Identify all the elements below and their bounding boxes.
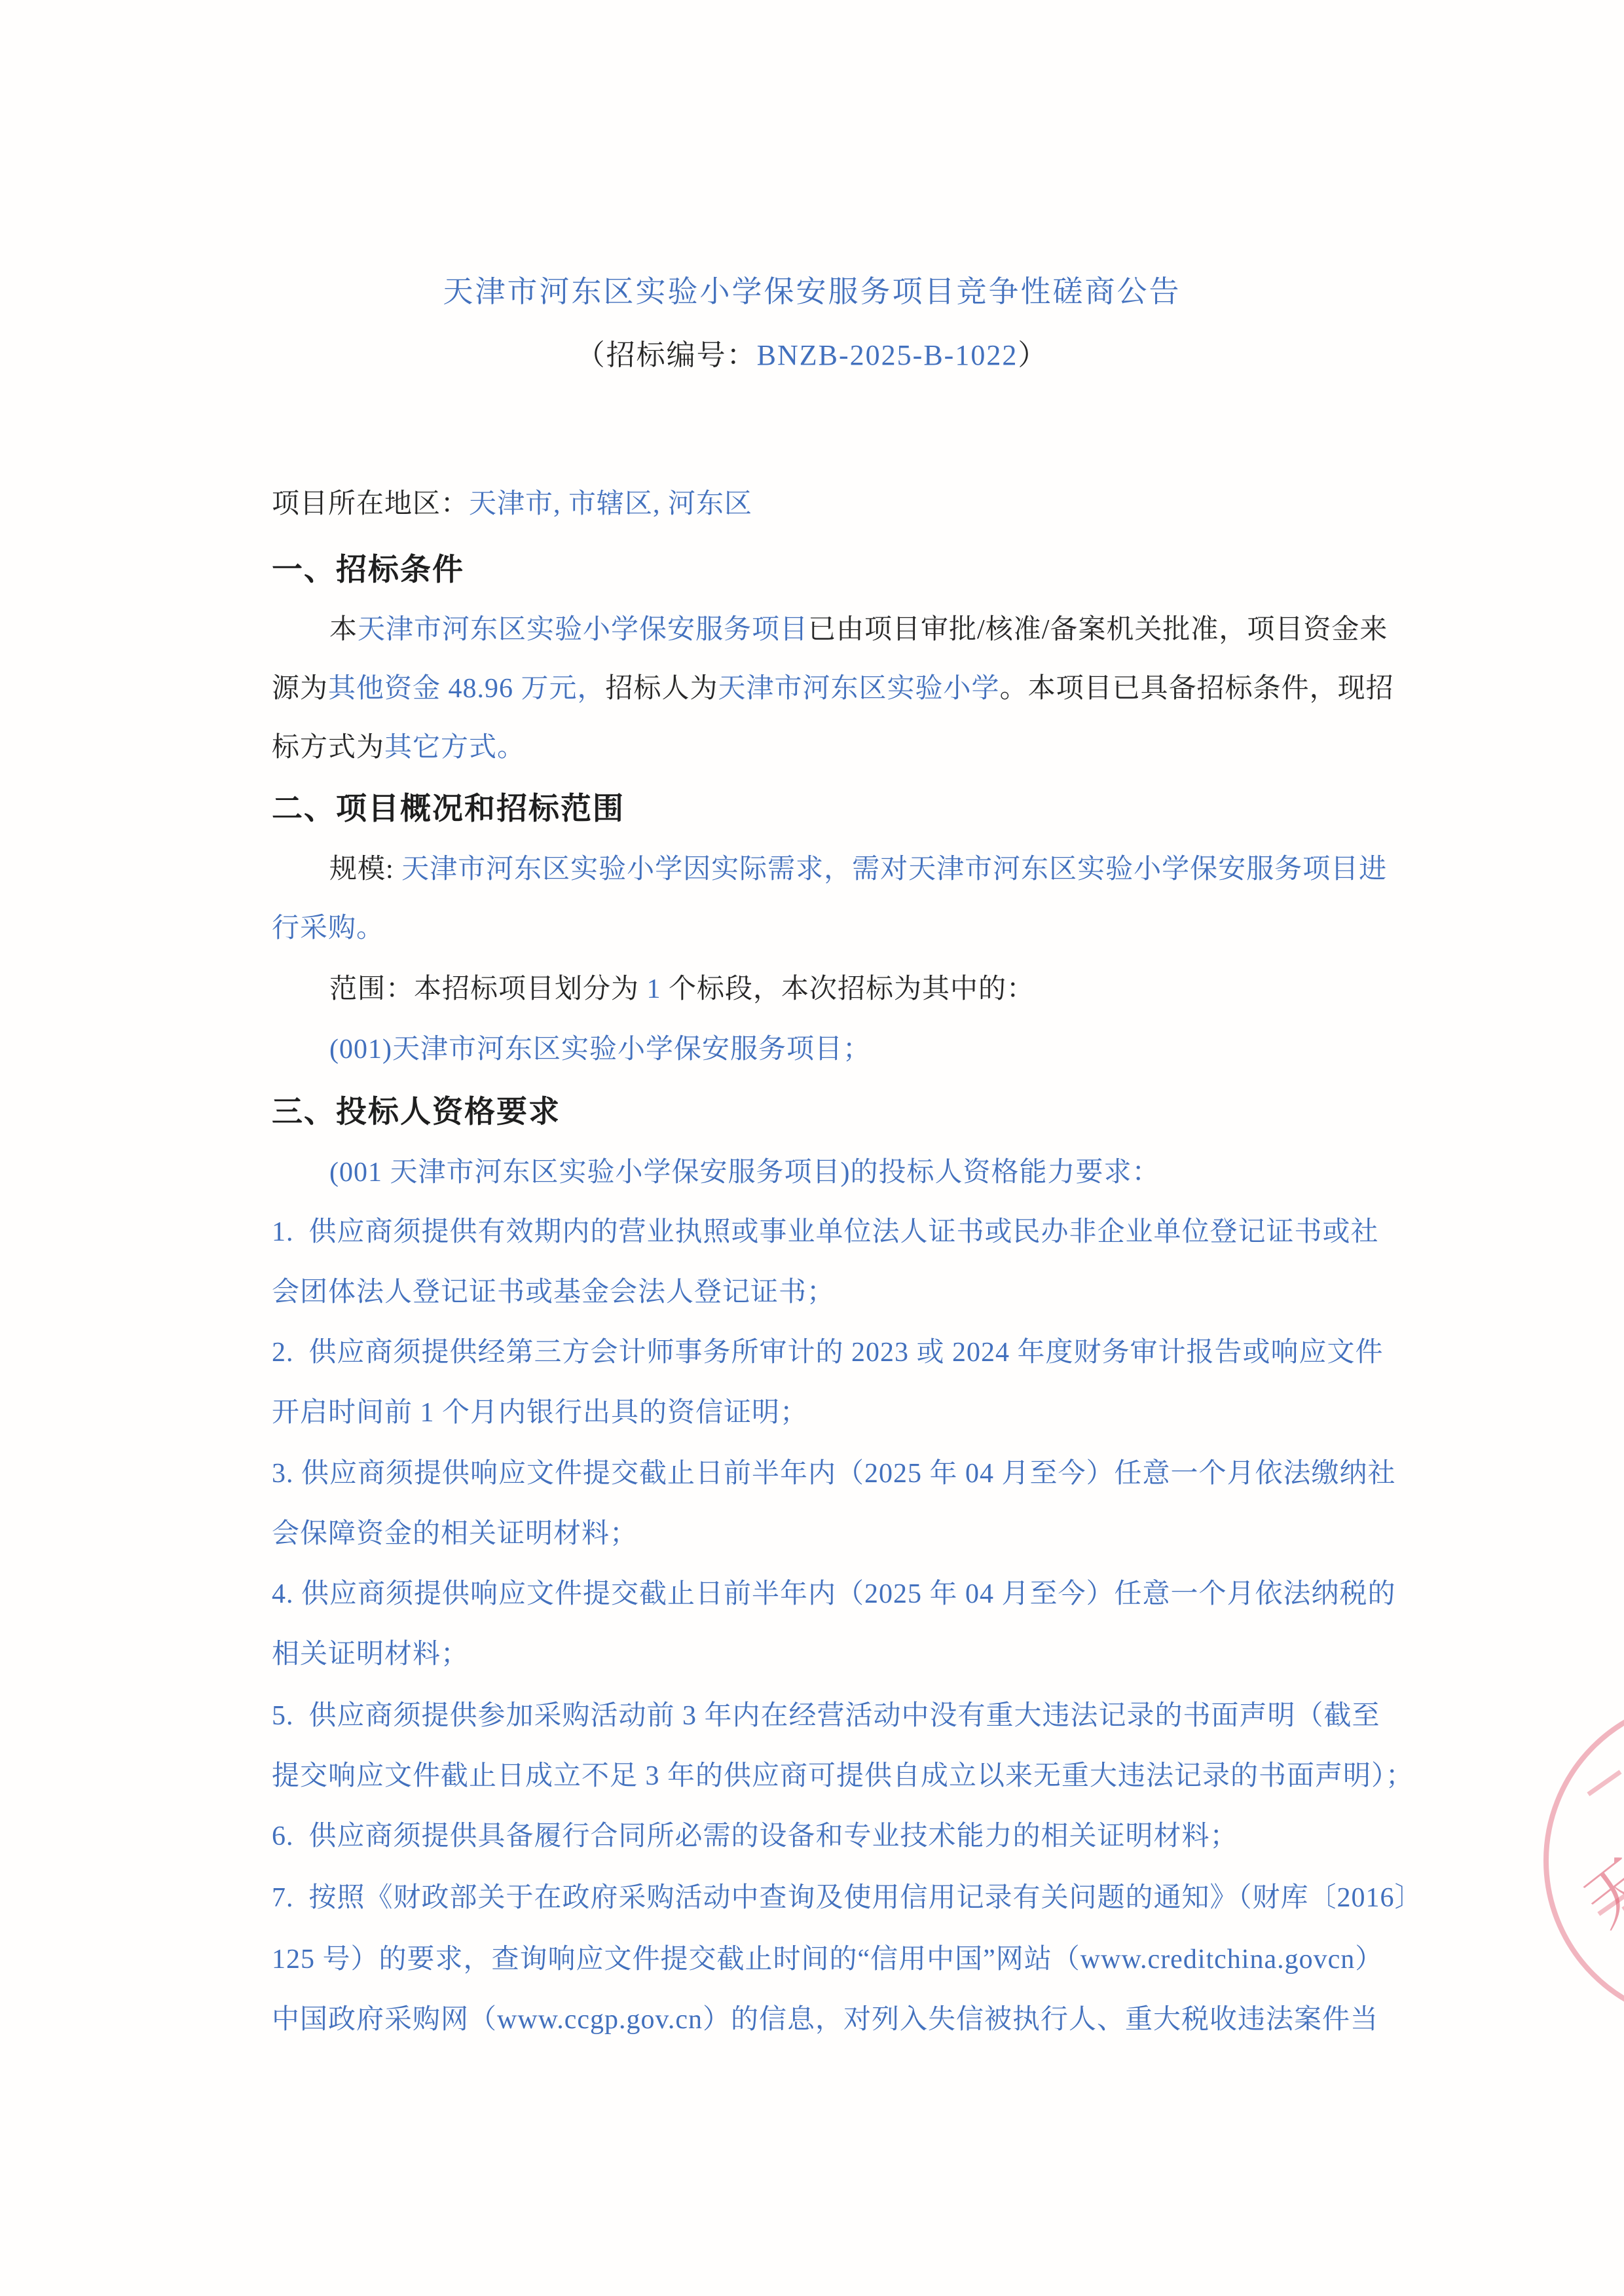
project-location-line: 项目所在地区：天津市, 市辖区, 河东区 xyxy=(272,488,1378,520)
project-name-link-text: 天津市河东区实验小学保安服务项目 xyxy=(358,615,808,645)
paragraph-line: 标方式为其它方式。 xyxy=(272,732,1378,763)
tender-method-text: 其它方式。 xyxy=(384,733,525,763)
funding-amount-text: 其他资金 48.96 万元， xyxy=(328,674,606,704)
list-item-2-line-2: 开启时间前 1 个月内银行出具的资信证明； xyxy=(272,1397,1378,1429)
list-item-7-line-2: 125 号）的要求，查询响应文件提交截止时间的“信用中国”网站（www.cred… xyxy=(272,1944,1378,1975)
text-segment: 。本项目已具备招标条件，现招 xyxy=(1000,674,1394,704)
list-item-7-line-3: 中国政府采购网（www.ccgp.gov.cn）的信息，对列入失信被执行人、重大… xyxy=(272,2004,1378,2035)
text-segment: 个标段，本次招标为其中的： xyxy=(661,974,1035,1004)
lot-001-line: (001)天津市河东区实验小学保安服务项目； xyxy=(272,1034,1436,1065)
list-item-6-line: 6. 供应商须提供具备履行合同所必需的设备和专业技术能力的相关证明材料； xyxy=(272,1821,1378,1852)
text-segment: 源为 xyxy=(272,674,328,704)
list-item-5-line-2: 提交响应文件截止日成立不足 3 年的供应商可提供自成立以来无重大违法记录的书面声… xyxy=(272,1760,1378,1792)
page-title: 天津市河东区实验小学保安服务项目竞争性磋商公告 xyxy=(0,275,1624,310)
tenderee-name-text: 天津市河东区实验小学 xyxy=(718,674,1000,704)
list-item-4-line-2: 相关证明材料； xyxy=(272,1639,1378,1670)
project-location-label: 项目所在地区： xyxy=(272,489,469,519)
list-item-4-line-1: 4. 供应商须提供响应文件提交截止日前半年内（2025 年 04 月至今）任意一… xyxy=(272,1578,1378,1610)
list-item-3-line-1: 3. 供应商须提供响应文件提交截止日前半年内（2025 年 04 月至今）任意一… xyxy=(272,1458,1378,1489)
text-segment: 已由项目审批/核准/备案机关批准，项目资金来 xyxy=(808,615,1388,645)
seal-stroke xyxy=(1587,1770,1621,1796)
section-heading-bidder-qualifications: 三、投标人资格要求 xyxy=(272,1094,1378,1129)
tender-number-line: （招标编号：BNZB-2025-B-1022） xyxy=(0,339,1624,373)
list-item-1-line-2: 会团体法人登记证书或基金会法人登记证书； xyxy=(272,1277,1378,1308)
section-heading-tender-conditions: 一、招标条件 xyxy=(272,552,1378,587)
text-segment: 招标人为 xyxy=(606,674,718,704)
qualification-intro-line: (001 天津市河东区实验小学保安服务项目)的投标人资格能力要求： xyxy=(272,1157,1436,1188)
section-heading-project-overview: 二、项目概况和招标范围 xyxy=(272,791,1378,826)
document-page: 天津市河东区实验小学保安服务项目竞争性磋商公告 （招标编号：BNZB-2025-… xyxy=(0,0,1624,2296)
list-item-1-line-1: 1. 供应商须提供有效期内的营业执照或事业单位法人证书或民办非企业单位登记证书或… xyxy=(272,1216,1378,1248)
list-item-3-line-2: 会保障资金的相关证明材料； xyxy=(272,1518,1378,1550)
seal-text: 天津 xyxy=(1562,1780,1624,1942)
list-item-2-line-1: 2. 供应商须提供经第三方会计师事务所审计的 2023 或 2024 年度财务审… xyxy=(272,1337,1378,1368)
red-seal-stamp: 天津 xyxy=(1543,1697,1624,2024)
text-segment: 标方式为 xyxy=(272,733,384,763)
paragraph-line: 行采购。 xyxy=(272,913,1378,944)
paragraph-line: 本天津市河东区实验小学保安服务项目已由项目审批/核准/备案机关批准，项目资金来 xyxy=(272,614,1436,646)
list-item-5-line-1: 5. 供应商须提供参加采购活动前 3 年内在经营活动中没有重大违法记录的书面声明… xyxy=(272,1700,1378,1732)
paragraph-line: 规模: 天津市河东区实验小学因实际需求，需对天津市河东区实验小学保安服务项目进 xyxy=(272,854,1436,885)
lot-count-text: 1 xyxy=(647,974,661,1004)
list-item-7-line-1: 7. 按照《财政部关于在政府采购活动中查询及使用信用记录有关问题的通知》（财库〔… xyxy=(272,1882,1378,1914)
paragraph-line: 源为其他资金 48.96 万元，招标人为天津市河东区实验小学。本项目已具备招标条… xyxy=(272,673,1378,704)
scope-label: 范围：本招标项目划分为 xyxy=(329,974,647,1004)
tender-number-close: ） xyxy=(1018,339,1048,371)
tender-number-label: （招标编号： xyxy=(576,339,757,371)
project-location-value: 天津市, 市辖区, 河东区 xyxy=(469,489,752,519)
text-segment: 本 xyxy=(329,615,358,645)
scale-label: 规模: xyxy=(329,854,401,884)
tender-number-value: BNZB-2025-B-1022 xyxy=(757,339,1018,371)
scale-text: 天津市河东区实验小学因实际需求，需对天津市河东区实验小学保安服务项目进 xyxy=(401,854,1387,884)
paragraph-line: 范围：本招标项目划分为 1 个标段，本次招标为其中的： xyxy=(272,974,1436,1005)
